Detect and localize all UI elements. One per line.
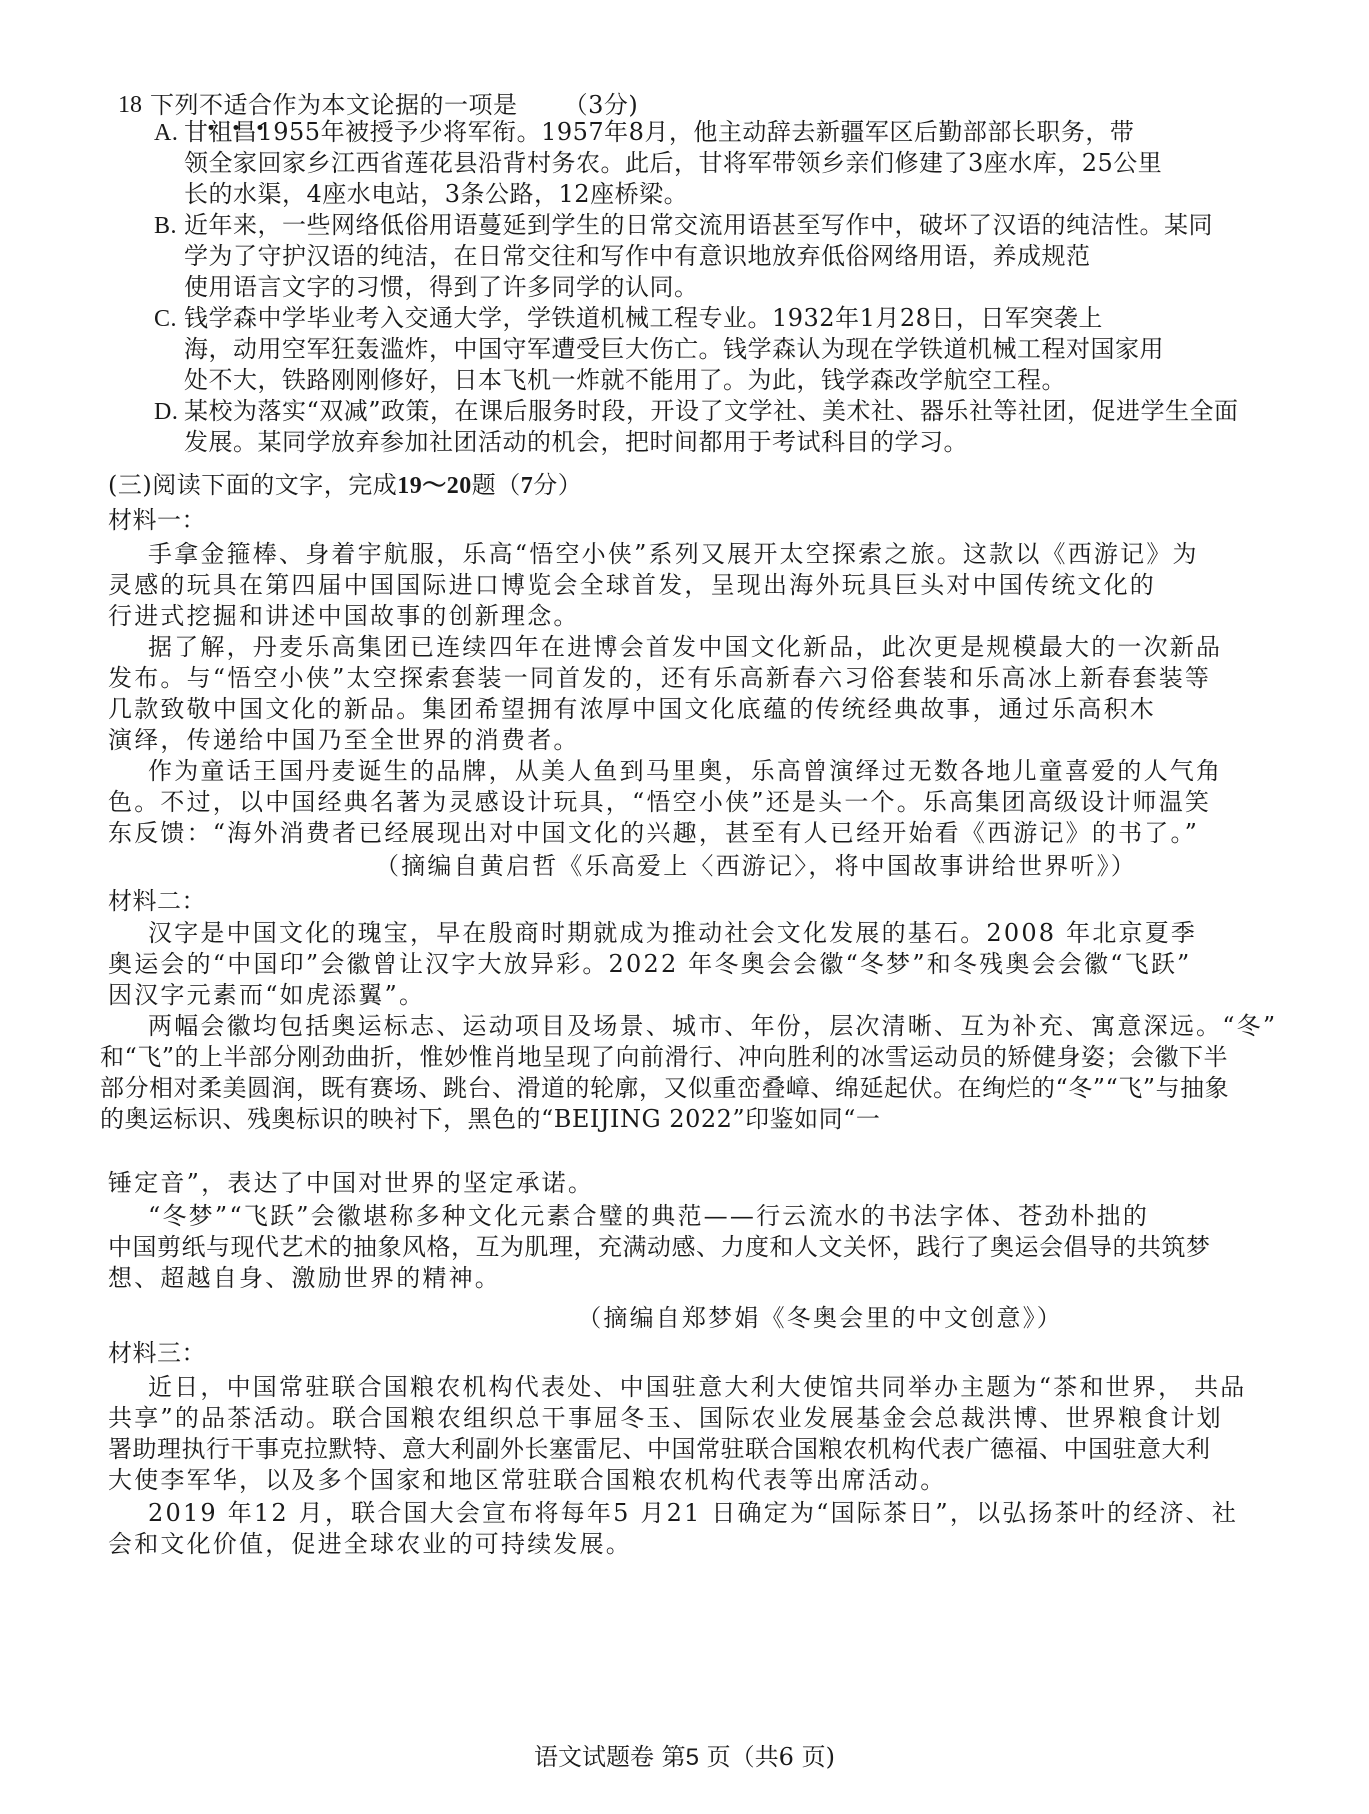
material-line: 行进式挖掘和讲述中国故事的创新理念。 [108,599,580,633]
material-line: 大使李军华，以及多个国家和地区常驻联合国粮农机构代表等出席活动。 [108,1463,946,1497]
option-text: 甘祖昌1955年被授予少将军衔。1957年8月，他主动辞去新疆军区后勤部部长职务… [184,118,1134,146]
option-b: B.近年来，一些网络低俗用语蔓延到学生的日常交流用语甚至写作中，破坏了汉语的纯洁… [154,208,1213,243]
material-title: 材料二： [108,884,206,918]
material-line: 2019 年12 月，联合国大会宣布将每年5 月21 日确定为“国际茶日”，以弘… [148,1496,1238,1530]
material-title: 材料三： [108,1336,206,1370]
material-line: 奥运会的“中国印”会徽曾让汉字大放异彩。2022 年冬奥会会徽“冬梦”和冬残奥会… [108,947,1192,981]
option-a-line: 领全家回家乡江西省莲花县沿背村务农。此后，甘将军带领乡亲们修建了3座水库，25公… [184,146,1162,180]
material-line: 的奥运标识、残奥标识的映衬下，黑色的“BEIJING 2022”印鉴如同“一 [100,1102,880,1136]
material-line: 两幅会徽均包括奥运标志、运动项目及场景、城市、年份，层次清晰、互为补充、寓意深远… [148,1009,1277,1043]
option-a-line: 长的水渠，4座水电站，3条公路，12座桥梁。 [184,177,688,211]
material-title: 材料一： [108,503,206,537]
option-label: C. [154,302,184,336]
total-pages: 6 [779,1743,794,1771]
option-c-line: 海，动用空军狂轰滥炸，中国守军遭受巨大伤亡。钱学森认为现在学铁道机械工程对国家用 [184,332,1164,366]
footer-text: 页（共 [699,1743,779,1771]
material-line: 和“飞”的上半部分刚劲曲折，惟妙惟肖地呈现了向前滑行、冲向胜利的冰雪运动员的矫健… [100,1040,1228,1074]
option-d-line: 发展。某同学放弃参加社团活动的机会，把时间都用于考试科目的学习。 [184,425,968,459]
material-line: 共享”的品茶活动。联合国粮农组织总干事屈冬玉、国际农业发展基金会总裁洪博、世界粮… [108,1401,1223,1435]
option-c: C.钱学森中学毕业考入交通大学，学铁道机械工程专业。1932年1月28日，日军突… [154,301,1103,336]
option-d: D.某校为落实“双减”政策，在课后服务时段，开设了文学社、美术社、器乐社等社团，… [154,394,1239,429]
heading-text: 题（ [472,471,521,499]
material-line: 汉字是中国文化的瑰宝，早在殷商时期就成为推动社会文化发展的基石。2008 年北京… [148,916,1197,950]
option-c-line: 处不大，铁路刚刚修好，日本飞机一炸就不能用了。为此，钱学森改学航空工程。 [184,363,1066,397]
option-a: A.甘祖昌1955年被授予少将军衔。1957年8月，他主动辞去新疆军区后勤部部长… [154,115,1134,150]
option-text: 钱学森中学毕业考入交通大学，学铁道机械工程专业。1932年1月28日，日军突袭上 [184,304,1103,332]
material-line: 中国剪纸与现代艺术的抽象风格，互为肌理，充满动感、力度和人文关怀，践行了奥运会倡… [108,1230,1211,1264]
material-source: （摘编自黄启哲《乐高爱上〈西游记〉，将中国故事讲给世界听》） [375,849,1137,883]
heading-text: 分） [533,471,582,499]
option-label: A. [154,116,184,150]
material-line: “冬梦”“飞跃”会徽堪称多种文化元素合璧的典范——行云流水的书法字体、苍劲朴拙的 [148,1199,1149,1233]
material-line: 会和文化价值，促进全球农业的可持续发展。 [108,1527,632,1561]
material-line: 部分相对柔美圆润，既有赛场、跳台、滑道的轮廓，又似重峦叠嶂、绵延起伏。在绚烂的“… [100,1071,1229,1105]
material-line: 色。不过，以中国经典名著为灵感设计玩具，“悟空小侠”还是头一个。乐高集团高级设计… [108,785,1211,819]
material-line: 手拿金箍棒、身着宇航服，乐高“悟空小侠”系列又展开太空探索之旅。这款以《西游记》… [148,537,1199,571]
material-line: 据了解，丹麦乐高集团已连续四年在进博会首发中国文化新品，此次更是规模最大的一次新… [148,630,1222,664]
option-text: 近年来，一些网络低俗用语蔓延到学生的日常交流用语甚至写作中，破坏了汉语的纯洁性。… [184,211,1213,239]
material-line: 几款致敬中国文化的新品。集团希望拥有浓厚中国文化底蕴的传统经典故事，通过乐高积木 [108,692,1156,726]
page-footer: 语文试题卷 第5 页（共6 页) [0,1740,1369,1775]
section-score: 7 [521,473,534,499]
material-line: 因汉字元素而“如虎添翼”。 [108,978,425,1012]
option-b-line: 使用语言文字的习惯，得到了许多同学的认同。 [184,270,699,304]
material-source: （摘编自郑梦娟《冬奥会里的中文创意》） [577,1301,1063,1335]
material-line: 近日，中国常驻联合国粮农机构代表处、中国驻意大利大使馆共同举办主题为“茶和世界，… [148,1370,1247,1404]
material-line: 署助理执行干事克拉默特、意大利副外长塞雷尼、中国常驻联合国粮农机构代表广德福、中… [108,1432,1211,1466]
footer-text: 语文试题卷 第 [534,1743,686,1771]
section-heading: (三)阅读下面的文字，完成19～20题（7分） [108,468,582,503]
option-text: 某校为落实“双减”政策，在课后服务时段，开设了文学社、美术社、器乐社等社团，促进… [184,397,1239,425]
heading-text: (三)阅读下面的文字，完成 [108,471,397,499]
footer-text: 页) [794,1743,835,1771]
material-line: 发布。与“悟空小侠”太空探索套装一同首发的，还有乐高新春六习俗套装和乐高冰上新春… [108,661,1211,695]
material-line: 灵感的玩具在第四届中国国际进口博览会全球首发，呈现出海外玩具巨头对中国传统文化的 [108,568,1156,602]
material-line: 锤定音”，表达了中国对世界的坚定承诺。 [108,1166,594,1200]
option-label: B. [154,209,184,243]
option-b-line: 学为了守护汉语的纯洁，在日常交往和写作中有意识地放弃低俗网络用语，养成规范 [184,239,1091,273]
material-line: 东反馈：“海外消费者已经展现出对中国文化的兴趣，甚至有人已经开始看《西游记》的书… [108,816,1199,850]
material-line: 想、超越自身、激励世界的精神。 [108,1261,501,1295]
material-line: 演绎，传递给中国乃至全世界的消费者。 [108,723,580,757]
page-number: 5 [686,1744,699,1771]
option-label: D. [154,395,184,429]
question-number: 18 [118,88,142,122]
material-line: 作为童话王国丹麦诞生的品牌，从美人鱼到马里奥，乐高曾演绎过无数各地儿童喜爱的人气… [148,754,1222,788]
question-range: 19～20 [397,473,472,499]
